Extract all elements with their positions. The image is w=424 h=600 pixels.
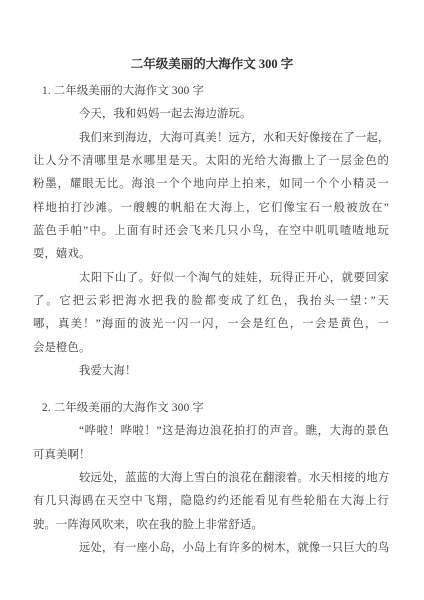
text-line: 可真美啊！ <box>33 444 389 467</box>
text-line: 有几只海鸥在天空中飞翔，隐隐约约还能看见有些轮船在大海上行 <box>33 490 389 513</box>
text-line: 让人分不清哪里是水哪里是天。太阳的光给大海撒上了一层金色的 <box>33 150 389 173</box>
text-line: 了。它把云彩把海水把我的脸都变成了红色，我抬头一望：”天 <box>33 290 389 313</box>
document-body: 1. 二年级美丽的大海作文 300 字今天，我和妈妈一起去海边游玩。我们来到海边… <box>33 80 389 560</box>
paragraph-gap <box>33 383 389 397</box>
text-line: “哗啦！哗啦！”这是海边浪花拍打的声音。瞧，大海的景色 <box>33 420 389 443</box>
section-heading: 2. 二年级美丽的大海作文 300 字 <box>33 397 389 420</box>
text-line: 粉墨，耀眼无比。海浪一个个地向岸上拍来，如同一个个小精灵一 <box>33 173 389 196</box>
text-line: 远处，有一座小岛，小岛上有许多的树木，就像一只巨大的鸟 <box>33 537 389 560</box>
text-line: 较远处，蓝蓝的大海上雪白的浪花在翻滚着。水天相接的地方 <box>33 467 389 490</box>
document-page: 二年级美丽的大海作文 300 字 1. 二年级美丽的大海作文 300 字今天，我… <box>0 0 424 600</box>
text-line: 哪，真美！”海面的波光一闪一闪，一会是红色，一会是黄色，一 <box>33 313 389 336</box>
text-line: 样地拍打沙滩。一艘艘的帆船在大海上，它们像宝石一般被放在” <box>33 197 389 220</box>
text-line: 驶。一阵海风吹来，吹在我的脸上非常舒适。 <box>33 514 389 537</box>
text-line: 我爱大海！ <box>33 360 389 383</box>
document-title: 二年级美丽的大海作文 300 字 <box>0 0 424 80</box>
text-line: 我们来到海边，大海可真美！远方，水和天好像接在了一起， <box>33 127 389 150</box>
text-line: 会是橙色。 <box>33 337 389 360</box>
text-line: 今天，我和妈妈一起去海边游玩。 <box>33 103 389 126</box>
section-heading: 1. 二年级美丽的大海作文 300 字 <box>33 80 389 103</box>
text-line: 蓝色手帕”中。上面有时还会飞来几只小鸟，在空中叽叽喳喳地玩 <box>33 220 389 243</box>
text-line: 太阳下山了。好似一个淘气的娃娃，玩得正开心，就要回家 <box>33 267 389 290</box>
text-line: 耍，嬉戏。 <box>33 243 389 266</box>
